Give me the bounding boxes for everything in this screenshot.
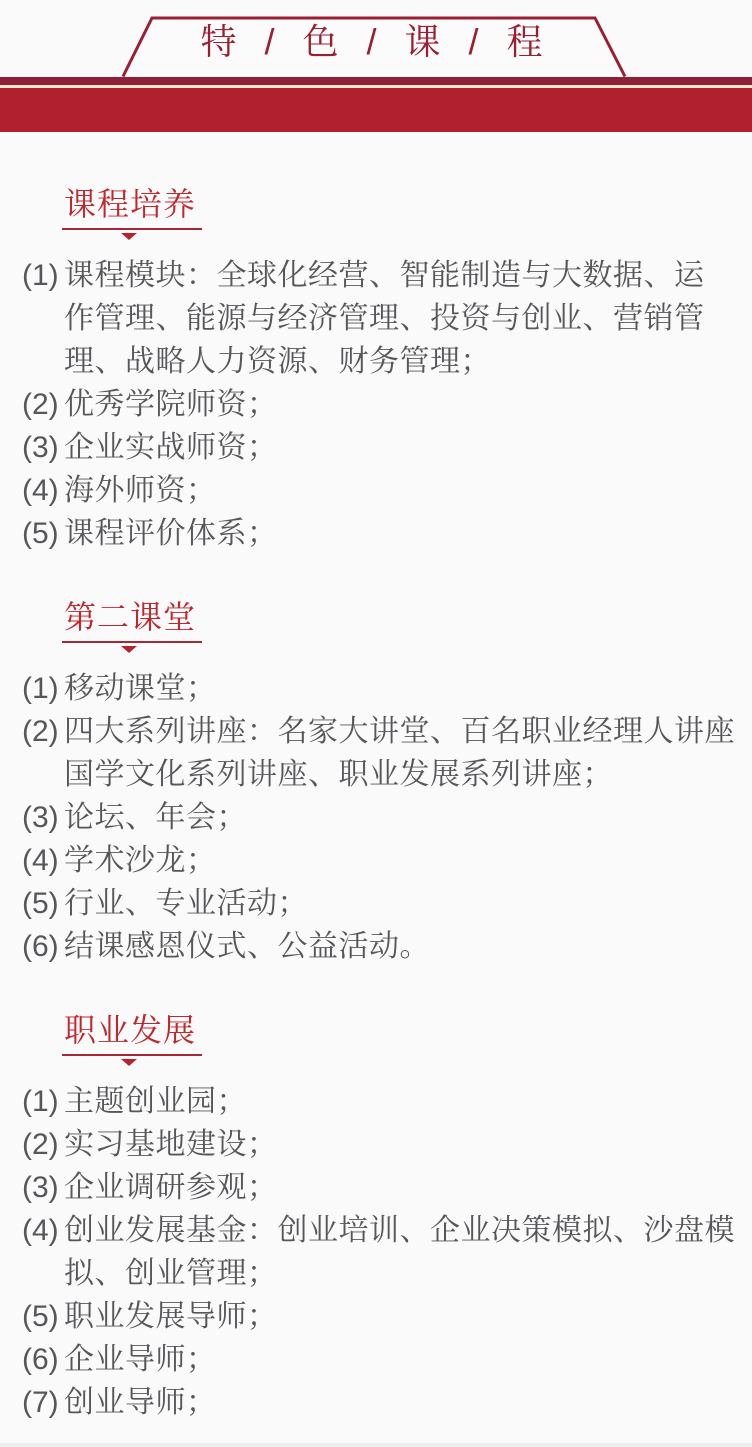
section-course-training: 课程培养 (1) 课程模块：全球化经营、智能制造与大数据、运 作管理、能源与经济… [22,186,738,555]
item-text-line: 移动课堂； [64,667,738,710]
bottom-edge-strip [0,1443,752,1447]
section-second-classroom: 第二课堂 (1) 移动课堂； (2) 四大系列讲座：名家大讲堂、百名职业经理人讲… [22,599,738,968]
list-item: (4) 创业发展基金：创业培训、企业决策模拟、沙盘模 拟、创业管理； [22,1209,738,1295]
item-marker: (3) [22,796,64,839]
list-item: (4) 学术沙龙； [22,839,738,882]
page-title: 特 / 色 / 课 / 程 [0,22,752,62]
item-text-line: 国学文化系列讲座、职业发展系列讲座； [64,753,738,796]
list-item: (3) 论坛、年会； [22,796,738,839]
item-text-line: 论坛、年会； [64,796,738,839]
item-text-line: 四大系列讲座：名家大讲堂、百名职业经理人讲座 [64,710,738,753]
item-text-line: 优秀学院师资； [64,383,738,426]
item-marker: (3) [22,1166,64,1209]
item-text-line: 企业导师； [64,1338,738,1381]
header-dark-stripe [0,77,752,85]
list-item: (7) 创业导师； [22,1381,738,1424]
item-text-line: 职业发展导师； [64,1295,738,1338]
item-marker: (5) [22,1295,64,1338]
item-marker: (2) [22,383,64,426]
list-item: (3) 企业实战师资； [22,426,738,469]
item-text-line: 企业调研参观； [64,1166,738,1209]
header-red-band [0,88,752,132]
item-marker: (1) [22,667,64,710]
item-marker: (2) [22,710,64,753]
item-text-line: 企业实战师资； [64,426,738,469]
list-item: (5) 职业发展导师； [22,1295,738,1338]
item-marker: (4) [22,839,64,882]
list-item: (6) 结课感恩仪式、公益活动。 [22,925,738,968]
item-marker: (6) [22,925,64,968]
list-item: (1) 移动课堂； [22,667,738,710]
list-item: (1) 课程模块：全球化经营、智能制造与大数据、运 作管理、能源与经济管理、投资… [22,254,738,383]
item-text-line: 课程模块：全球化经营、智能制造与大数据、运 [64,254,738,297]
item-text-line: 拟、创业管理； [64,1252,738,1295]
item-text-line: 结课感恩仪式、公益活动。 [64,925,738,968]
content: 课程培养 (1) 课程模块：全球化经营、智能制造与大数据、运 作管理、能源与经济… [0,132,752,1424]
item-text-line: 主题创业园； [64,1080,738,1123]
item-text-line: 作管理、能源与经济管理、投资与创业、营销管 [64,297,738,340]
item-marker: (4) [22,1209,64,1252]
item-text-line: 学术沙龙； [64,839,738,882]
list-item: (5) 行业、专业活动； [22,882,738,925]
item-text-line: 行业、专业活动； [64,882,738,925]
section-title: 职业发展 [62,1012,202,1056]
item-marker: (4) [22,469,64,512]
list-item: (2) 实习基地建设； [22,1123,738,1166]
item-text-line: 创业发展基金：创业培训、企业决策模拟、沙盘模 [64,1209,738,1252]
list-item: (3) 企业调研参观； [22,1166,738,1209]
list-item: (4) 海外师资； [22,469,738,512]
list-item: (1) 主题创业园； [22,1080,738,1123]
item-text-line: 课程评价体系； [64,512,738,555]
item-marker: (3) [22,426,64,469]
triangle-down-icon [121,233,137,240]
item-marker: (1) [22,254,64,297]
item-text-line: 海外师资； [64,469,738,512]
item-list: (1) 课程模块：全球化经营、智能制造与大数据、运 作管理、能源与经济管理、投资… [22,254,738,555]
list-item: (5) 课程评价体系； [22,512,738,555]
item-text-line: 实习基地建设； [64,1123,738,1166]
item-list: (1) 主题创业园； (2) 实习基地建设； (3) 企业调研参观； (4) 创… [22,1080,738,1424]
section-title: 课程培养 [62,186,202,230]
section-title: 第二课堂 [62,599,202,643]
triangle-down-icon [121,1059,137,1066]
list-item: (2) 优秀学院师资； [22,383,738,426]
item-marker: (7) [22,1381,64,1424]
item-marker: (2) [22,1123,64,1166]
section-career-development: 职业发展 (1) 主题创业园； (2) 实习基地建设； (3) 企业调研参观； … [22,1012,738,1424]
item-text-line: 理、战略人力资源、财务管理； [64,340,738,383]
triangle-down-icon [121,646,137,653]
item-marker: (5) [22,882,64,925]
list-item: (6) 企业导师； [22,1338,738,1381]
item-marker: (5) [22,512,64,555]
list-item: (2) 四大系列讲座：名家大讲堂、百名职业经理人讲座 国学文化系列讲座、职业发展… [22,710,738,796]
item-list: (1) 移动课堂； (2) 四大系列讲座：名家大讲堂、百名职业经理人讲座 国学文… [22,667,738,968]
item-marker: (6) [22,1338,64,1381]
course-feature-poster: 特 / 色 / 课 / 程 课程培养 (1) 课程模块：全球化经营、智能制造与大… [0,0,752,1447]
item-text-line: 创业导师； [64,1381,738,1424]
header-banner: 特 / 色 / 课 / 程 [0,0,752,77]
item-marker: (1) [22,1080,64,1123]
